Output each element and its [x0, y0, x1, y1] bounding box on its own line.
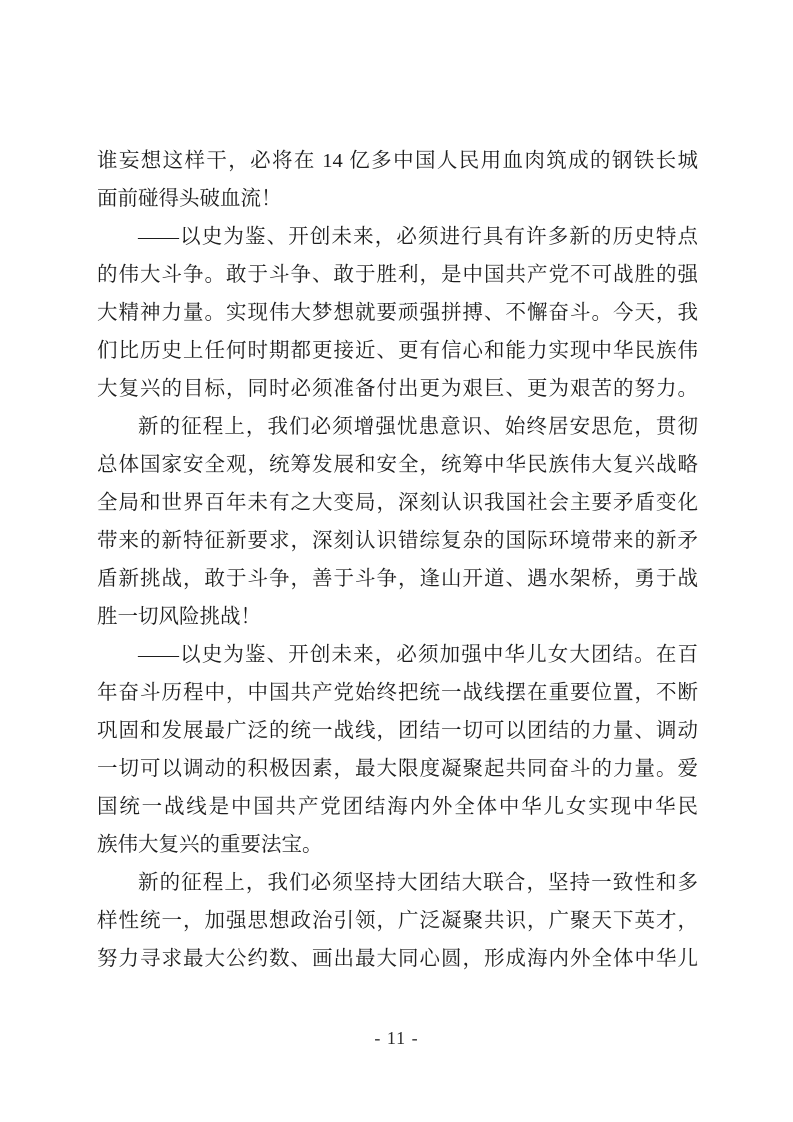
text-line: 胜一切风险挑战！: [97, 598, 698, 636]
text-line: 国统一战线是中国共产党团结海内外全体中华儿女实现中华民: [97, 788, 698, 826]
text-line: 巩固和发展最广泛的统一战线，团结一切可以团结的力量、调动: [97, 712, 698, 750]
text-line: 大复兴的目标，同时必须准备付出更为艰巨、更为艰苦的努力。: [97, 370, 698, 408]
text-line: 一切可以调动的积极因素，最大限度凝聚起共同奋斗的力量。爱: [97, 750, 698, 788]
page-number: - 11 -: [374, 1028, 418, 1048]
text-line: 族伟大复兴的重要法宝。: [97, 826, 698, 864]
text-line: 样性统一，加强思想政治引领，广泛凝聚共识，广聚天下英才，: [97, 902, 698, 940]
page-footer: - 11 -: [0, 1028, 793, 1049]
text-line: 全局和世界百年未有之大变局，深刻认识我国社会主要矛盾变化: [97, 484, 698, 522]
text-line: 盾新挑战，敢于斗争，善于斗争，逢山开道、遇水架桥，勇于战: [97, 560, 698, 598]
document-page: 谁妄想这样干，必将在 14 亿多中国人民用血肉筑成的钢铁长城面前碰得头破血流！—…: [0, 0, 793, 1122]
text-line: 带来的新特征新要求，深刻认识错综复杂的国际环境带来的新矛: [97, 522, 698, 560]
text-block: 谁妄想这样干，必将在 14 亿多中国人民用血肉筑成的钢铁长城面前碰得头破血流！—…: [97, 142, 698, 978]
text-line: 努力寻求最大公约数、画出最大同心圆，形成海内外全体中华儿: [97, 940, 698, 978]
text-line: 新的征程上，我们必须坚持大团结大联合，坚持一致性和多: [97, 864, 698, 902]
text-line: 面前碰得头破血流！: [97, 180, 698, 218]
text-line: 总体国家安全观，统筹发展和安全，统筹中华民族伟大复兴战略: [97, 446, 698, 484]
text-line: 的伟大斗争。敢于斗争、敢于胜利，是中国共产党不可战胜的强: [97, 256, 698, 294]
text-line: 大精神力量。实现伟大梦想就要顽强拼搏、不懈奋斗。今天，我: [97, 294, 698, 332]
text-line: ——以史为鉴、开创未来，必须加强中华儿女大团结。在百: [97, 636, 698, 674]
text-line: 们比历史上任何时期都更接近、更有信心和能力实现中华民族伟: [97, 332, 698, 370]
text-line: 谁妄想这样干，必将在 14 亿多中国人民用血肉筑成的钢铁长城: [97, 142, 698, 180]
text-line: ——以史为鉴、开创未来，必须进行具有许多新的历史特点: [97, 218, 698, 256]
text-line: 年奋斗历程中，中国共产党始终把统一战线摆在重要位置，不断: [97, 674, 698, 712]
text-line: 新的征程上，我们必须增强忧患意识、始终居安思危，贯彻: [97, 408, 698, 446]
